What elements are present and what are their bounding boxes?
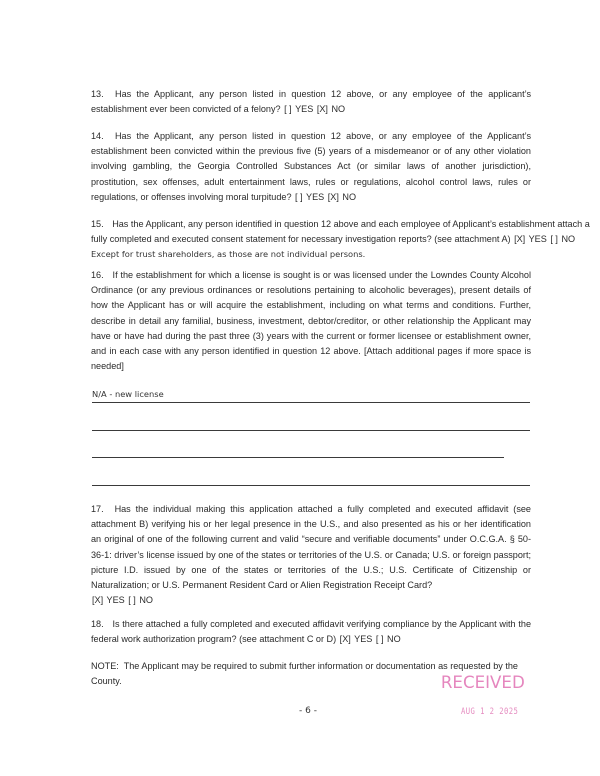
question-number: 15.: [91, 219, 104, 229]
yes-checkbox[interactable]: [X]: [340, 632, 351, 647]
question-text: If the establishment for which a license…: [91, 270, 531, 371]
yes-checkbox[interactable]: [X]: [514, 232, 525, 247]
no-label: NO: [561, 234, 575, 244]
question-14: 14. Has the Applicant, any person listed…: [91, 129, 531, 205]
answer-line-1-text[interactable]: N/A - new license: [92, 389, 164, 399]
yes-checkbox[interactable]: [ ]: [284, 102, 292, 117]
page-number: - 6 -: [299, 706, 317, 716]
no-checkbox[interactable]: [ ]: [376, 632, 384, 647]
note-label: NOTE:: [91, 661, 119, 671]
question-number: 18.: [91, 619, 104, 629]
answer-line-2: [92, 430, 530, 431]
yes-label: YES: [295, 104, 313, 114]
no-checkbox[interactable]: [X]: [317, 102, 328, 117]
no-label: NO: [139, 595, 153, 605]
question-text: Has the individual making this applicati…: [91, 504, 531, 590]
answer-line-3: [92, 457, 504, 458]
yes-label: YES: [107, 595, 125, 605]
yes-label: YES: [354, 634, 372, 644]
question-13: 13. Has the Applicant, any person listed…: [91, 87, 531, 117]
question-number: 17.: [91, 504, 104, 514]
question-15: 15. Has the Applicant, any person identi…: [91, 217, 591, 263]
yes-label: YES: [529, 234, 547, 244]
no-label: NO: [342, 192, 356, 202]
question-17: 17. Has the individual making this appli…: [91, 502, 531, 608]
answer-line-4: [92, 485, 530, 486]
received-stamp-date: AUG 1 2 2025: [461, 707, 518, 717]
document-page: 13. Has the Applicant, any person listed…: [0, 0, 600, 776]
yes-checkbox[interactable]: [ ]: [295, 190, 303, 205]
question-number: 13.: [91, 89, 104, 99]
question-number: 16.: [91, 270, 104, 280]
answer-line-1: [92, 402, 530, 403]
received-stamp: RECEIVED: [441, 673, 525, 693]
no-checkbox[interactable]: [X]: [328, 190, 339, 205]
question-number: 14.: [91, 131, 104, 141]
no-label: NO: [331, 104, 345, 114]
yes-label: YES: [306, 192, 324, 202]
question-text: Is there attached a fully completed and …: [91, 619, 531, 644]
no-checkbox[interactable]: [ ]: [128, 593, 136, 608]
question-16: 16. If the establishment for which a lic…: [91, 268, 531, 374]
no-label: NO: [387, 634, 401, 644]
question-18: 18. Is there attached a fully completed …: [91, 617, 531, 647]
typed-note: Except for trust shareholders, as those …: [91, 249, 365, 259]
no-checkbox[interactable]: [ ]: [550, 232, 558, 247]
yes-checkbox[interactable]: [X]: [92, 593, 103, 608]
